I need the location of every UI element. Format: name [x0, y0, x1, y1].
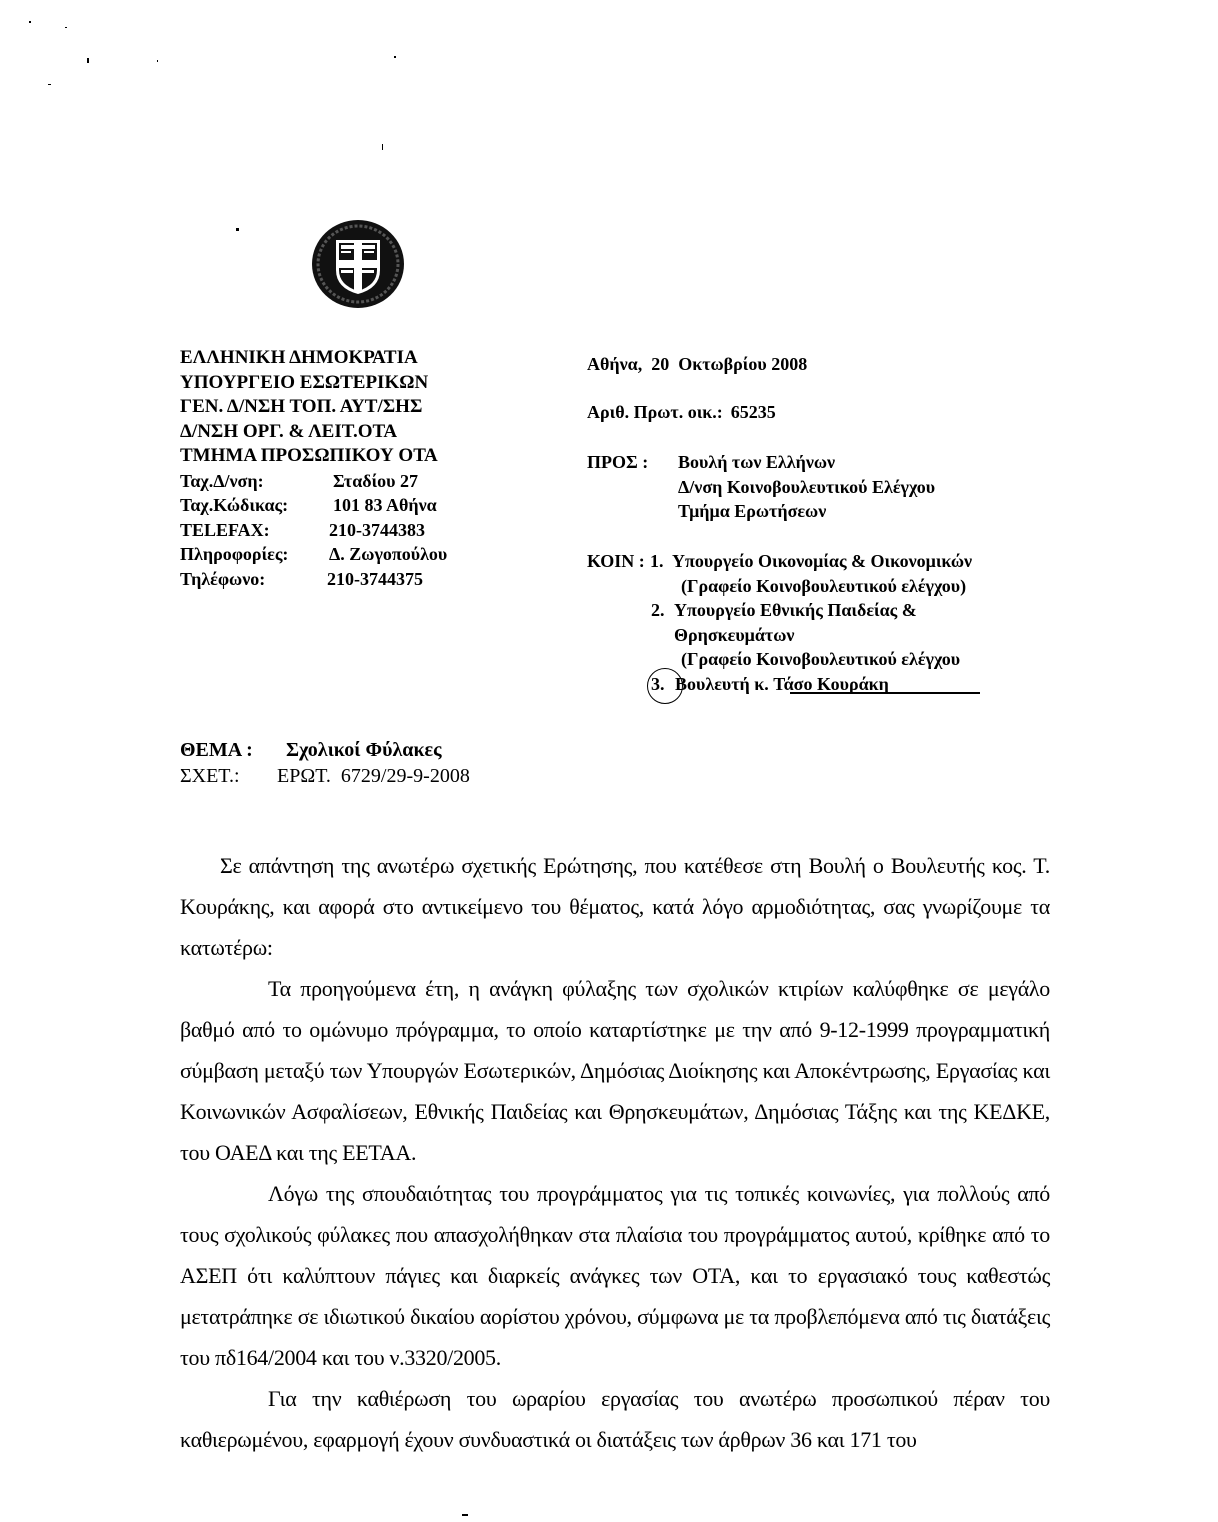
sender-line: ΥΠΟΥΡΓΕΙΟ ΕΣΩΤΕΡΙΚΩΝ: [180, 371, 447, 396]
reference-label: ΣΧΕΤ.:: [180, 763, 277, 789]
cc-item-prefix: Βουλευτή κ.: [675, 672, 773, 697]
body-paragraph: Για την καθιέρωση του ωραρίου εργασίας τ…: [180, 1378, 1050, 1460]
recipients-to: ΠΡΟΣ : Βουλή των Ελλήνων Δ/νση Κοινοβουλ…: [587, 450, 935, 524]
reference-value: ΕΡΩΤ. 6729/29-9-2008: [277, 763, 470, 789]
contact-value: Δ. Ζωγοπούλου: [329, 542, 447, 567]
cc-item-line: Υπουργείο Οικονομίας & Οικονομικών: [672, 549, 972, 574]
contact-value: 101 83 Αθήνα: [333, 493, 437, 518]
to-label: ΠΡΟΣ :: [587, 450, 678, 475]
cc-item-line: Θρησκευμάτων: [587, 623, 972, 648]
protocol-number: 65235: [731, 400, 776, 425]
to-line: Τμήμα Ερωτήσεων: [587, 499, 935, 524]
to-line: Βουλή των Ελλήνων: [678, 450, 835, 475]
contact-label: TELEFAX:: [180, 518, 329, 543]
scan-speck: [87, 58, 89, 63]
contact-label: Ταχ.Κώδικας:: [180, 493, 333, 518]
cc-item-number: 2.: [651, 598, 674, 623]
cc-item-line: Υπουργείο Εθνικής Παιδείας &: [674, 598, 917, 623]
contact-row-info: Πληροφορίες: Δ. Ζωγοπούλου: [180, 542, 447, 567]
cc-item-number: 1.: [650, 549, 672, 574]
protocol-label: Αριθ. Πρωτ. οικ.:: [587, 400, 723, 425]
scan-speck: [157, 60, 158, 62]
contact-value: Σταδίου 27: [333, 469, 418, 494]
contact-row-phone: Τηλέφωνο: 210-3744375: [180, 567, 447, 592]
scan-speck: [29, 21, 31, 23]
sender-block: ΕΛΛΗΝΙΚΗ ΔΗΜΟΚΡΑΤΙΑ ΥΠΟΥΡΓΕΙΟ ΕΣΩΤΕΡΙΚΩΝ…: [180, 346, 447, 591]
body-paragraph: Λόγω της σπουδαιότητας του προγράμματος …: [180, 1173, 1050, 1378]
contact-row-address: Ταχ.Δ/νση: Σταδίου 27: [180, 469, 447, 494]
body-paragraph: Τα προηγούμενα έτη, η ανάγκη φύλαξης των…: [180, 968, 1050, 1173]
scan-speck: [48, 84, 51, 85]
cc-label: ΚΟΙΝ :: [587, 549, 650, 574]
subject-block: ΘΕΜΑ : Σχολικοί Φύλακες ΣΧΕΤ.: ΕΡΩΤ. 672…: [180, 737, 470, 789]
handwritten-circle-mark: [647, 668, 683, 704]
sender-line: ΕΛΛΗΝΙΚΗ ΔΗΜΟΚΡΑΤΙΑ: [180, 346, 447, 371]
contact-label: Ταχ.Δ/νση:: [180, 469, 333, 494]
sender-line: ΓΕΝ. Δ/ΝΣΗ ΤΟΠ. ΑΥΤ/ΣΗΣ: [180, 395, 447, 420]
protocol-number-row: Αριθ. Πρωτ. οικ.: 65235: [587, 400, 776, 425]
recipients-cc: ΚΟΙΝ : 1. Υπουργείο Οικονομίας & Οικονομ…: [587, 549, 972, 696]
contact-value: 210-3744375: [327, 567, 423, 592]
scan-speck: [382, 144, 383, 150]
document-date: Αθήνα, 20 Οκτωβρίου 2008: [587, 352, 807, 377]
contact-value: 210-3744383: [329, 518, 425, 543]
to-line: Δ/νση Κοινοβουλευτικού Ελέγχου: [587, 475, 935, 500]
scan-speck: [65, 27, 67, 28]
sender-line: Δ/ΝΣΗ ΟΡΓ. & ΛΕΙΤ.ΟΤΑ: [180, 420, 447, 445]
contact-row-telefax: TELEFAX: 210-3744383: [180, 518, 447, 543]
cc-item-line: (Γραφείο Κοινοβουλευτικού ελέγχου): [587, 574, 972, 599]
scan-speck: [462, 1514, 468, 1516]
sender-line: ΤΜΗΜΑ ΠΡΟΣΩΠΙΚΟΥ ΟΤΑ: [180, 444, 447, 469]
cc-item-line: (Γραφείο Κοινοβουλευτικού ελέγχου: [587, 647, 972, 672]
subject-value: Σχολικοί Φύλακες: [286, 737, 442, 763]
handwritten-underline: [790, 692, 980, 694]
greek-coat-of-arms-icon: [310, 218, 406, 310]
scan-speck: [394, 56, 396, 58]
scan-speck: [236, 228, 239, 231]
letter-body: Σε απάντηση της ανωτέρω σχετικής Ερώτηση…: [180, 845, 1050, 1460]
body-paragraph: Σε απάντηση της ανωτέρω σχετικής Ερώτηση…: [180, 845, 1050, 968]
contact-row-postcode: Ταχ.Κώδικας: 101 83 Αθήνα: [180, 493, 447, 518]
subject-label: ΘΕΜΑ :: [180, 737, 286, 763]
contact-label: Τηλέφωνο:: [180, 567, 327, 592]
contact-label: Πληροφορίες:: [180, 542, 329, 567]
